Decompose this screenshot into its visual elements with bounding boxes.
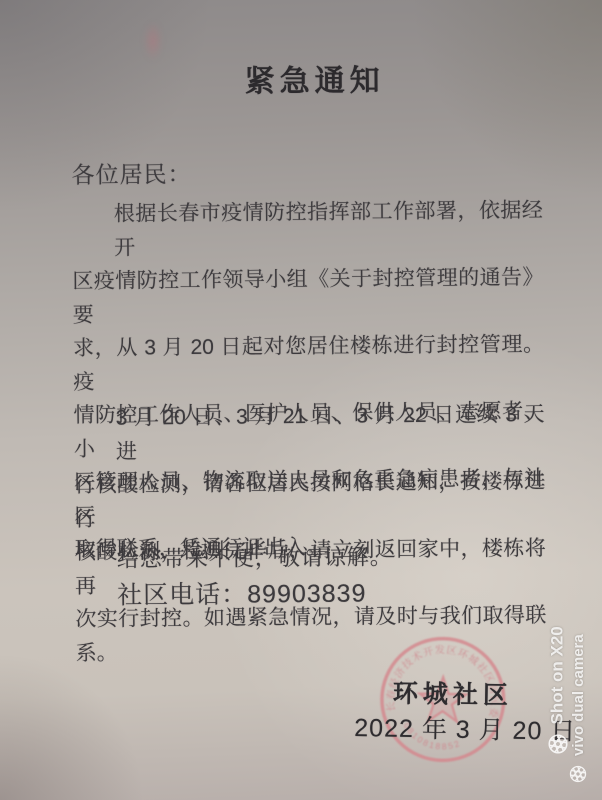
signature-name: 环城社区 [393,674,514,712]
signature-date: 2022 年 3 月 20 日 [354,708,577,748]
camera-watermark-line2: vivo dual camera [568,557,588,783]
signature-block: 长春经济技术开发区环城社区居民委员会 0810818852 环城社区 2022 … [0,0,602,800]
photographed-notice: 紧急通知 各位居民： 根据长春市疫情防控指挥部工作部署，依据经开区疫情防控工作领… [0,0,602,800]
aperture-icon [547,734,568,755]
camera-watermark-line1: Shot on X20 [547,590,569,755]
watermark-text: vivo dual camera [570,634,587,756]
watermark-text: Shot on X20 [548,626,568,724]
aperture-icon [569,765,587,783]
